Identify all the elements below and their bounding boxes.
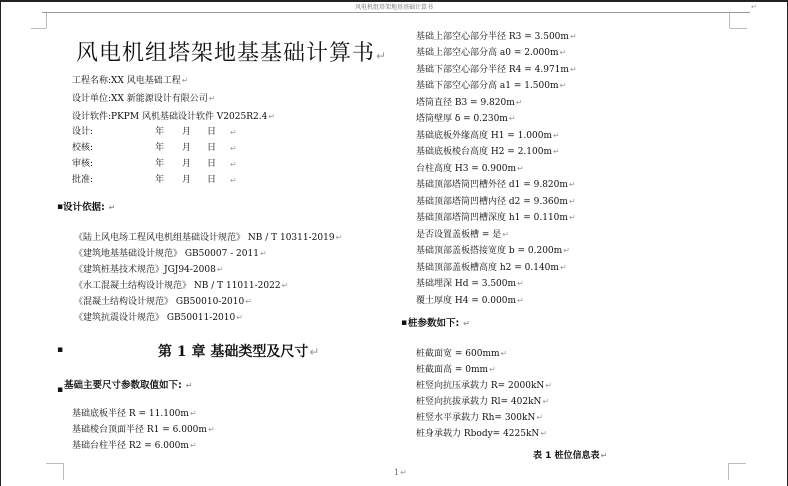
running-header: 风电机组塔架地基基础计算书 bbox=[0, 2, 788, 11]
paragraph-mark-icon: ↵ bbox=[230, 175, 237, 186]
chapter-heading[interactable]: 第 1 章 基础类型及尺寸↵ bbox=[158, 343, 319, 361]
dimension-item[interactable]: 基础上部空心部分高 a0 = 2.000m↵ bbox=[416, 47, 566, 59]
dimension-item[interactable]: 台柱高度 H3 = 0.900m↵ bbox=[416, 163, 524, 175]
dimension-item[interactable]: 基础顶部塔筒凹槽内径 d2 = 9.360m↵ bbox=[416, 196, 576, 208]
dimension-item[interactable]: 基础台柱半径 R2 = 6.000m↵ bbox=[72, 440, 197, 452]
pile-param-item[interactable]: 桩截面宽 = 600mm↵ bbox=[416, 348, 507, 360]
crop-mark-bottom-left bbox=[46, 463, 64, 480]
crop-mark-top-right bbox=[729, 13, 731, 28]
table-caption[interactable]: 表 1 桩位信息表↵ bbox=[533, 448, 607, 461]
software-info[interactable]: 设计软件:PKPM 风机基础设计软件 V2025R2.4↵ bbox=[72, 111, 275, 123]
standard-item[interactable]: 《水工混凝土结构设计规范》 NB / T 11011-2022↵ bbox=[74, 280, 288, 292]
bullet-icon: ▪ bbox=[401, 318, 407, 328]
paragraph-mark-icon: ↵ bbox=[182, 76, 189, 85]
dimensions-heading[interactable]: 基础主要尺寸参数取值如下: ↵ bbox=[64, 380, 192, 391]
bullet-icon: ▪ bbox=[57, 385, 63, 395]
design-basis-heading[interactable]: 设计依据: ↵ bbox=[63, 202, 115, 213]
pile-param-item[interactable]: 桩身承载力 Rbody= 4225kN↵ bbox=[416, 428, 547, 440]
header-rule bbox=[42, 12, 750, 13]
dimension-item[interactable]: 基础棱台顶面半径 R1 = 6.000m↵ bbox=[72, 424, 215, 436]
pile-param-item[interactable]: 桩竖水平承载力 Rh= 300kN↵ bbox=[416, 412, 543, 424]
paragraph-mark-icon: ↵ bbox=[751, 3, 757, 11]
page-number: 1↵ bbox=[394, 468, 407, 477]
standard-item[interactable]: 《建筑地基基础设计规范》 GB50007 - 2011↵ bbox=[74, 248, 267, 260]
standard-item[interactable]: 《建筑桩基技术规范》JGJ94-2008↵ bbox=[74, 264, 224, 276]
crop-mark-bottom-right bbox=[728, 463, 746, 480]
paragraph-mark-icon: ↵ bbox=[268, 112, 275, 121]
dimension-item[interactable]: 基础底板棱台高度 H2 = 2.100m↵ bbox=[416, 146, 560, 158]
crop-mark-top-right-h bbox=[730, 28, 747, 30]
paragraph-mark-icon: ↵ bbox=[230, 159, 237, 170]
dimension-item[interactable]: 基础顶部塔筒凹槽深度 h1 = 0.110m↵ bbox=[416, 212, 576, 224]
paragraph-mark-icon: ↵ bbox=[209, 94, 216, 103]
standard-item[interactable]: 《陆上风电场工程风电机组基础设计规范》 NB / T 10311-2019↵ bbox=[74, 232, 342, 244]
project-name[interactable]: 工程名称:XX 风电基础工程↵ bbox=[72, 75, 188, 87]
pile-param-item[interactable]: 桩竖向抗压承载力 R= 2000kN↵ bbox=[416, 380, 552, 392]
dimension-item[interactable]: 基础顶部盖板槽高度 h2 = 0.140m↵ bbox=[416, 262, 567, 274]
design-unit[interactable]: 设计单位:XX 新能源设计有限公司↵ bbox=[72, 93, 215, 105]
dimension-item[interactable]: 基础底板半径 R = 11.100m↵ bbox=[72, 408, 197, 420]
dimension-item[interactable]: 基础下部空心部分高 a1 = 1.500m↵ bbox=[416, 80, 566, 92]
dimension-item[interactable]: 基础顶部塔筒凹槽外径 d1 = 9.820m↵ bbox=[416, 179, 576, 191]
paragraph-mark-icon: ↵ bbox=[376, 49, 387, 63]
paragraph-mark-icon: ↵ bbox=[230, 127, 237, 138]
dimension-item[interactable]: 塔筒壁厚 δ = 0.230m↵ bbox=[416, 113, 516, 125]
pile-param-item[interactable]: 桩截面高 = 0mm↵ bbox=[416, 364, 496, 376]
dimension-item[interactable]: 塔筒直径 B3 = 9.820m↵ bbox=[416, 97, 522, 109]
dimension-item[interactable]: 基础顶部盖板搭接宽度 b = 0.200m↵ bbox=[416, 245, 570, 257]
paragraph-mark-icon: ↵ bbox=[230, 143, 237, 154]
standard-item[interactable]: 《混凝土结构设计规范》 GB50010-2010↵ bbox=[74, 296, 252, 308]
crop-mark-top-left bbox=[46, 13, 63, 28]
pile-heading[interactable]: 桩参数如下: ↵ bbox=[408, 318, 470, 329]
paragraph-mark-icon: ↵ bbox=[106, 203, 116, 212]
document-title[interactable]: 风电机组塔架地基基础计算书↵ bbox=[76, 40, 387, 70]
dimension-item[interactable]: 是否设置盖板槽 = 是↵ bbox=[416, 229, 509, 241]
dimension-item[interactable]: 覆土厚度 H4 = 0.000m↵ bbox=[416, 295, 524, 307]
bullet-icon: ▪ bbox=[57, 345, 63, 355]
dimension-item[interactable]: 基础上部空心部分半径 R3 = 3.500m↵ bbox=[416, 31, 577, 43]
crop-mark-top-left-h bbox=[31, 28, 46, 30]
dimension-item[interactable]: 基础底板外缘高度 H1 = 1.000m↵ bbox=[416, 130, 560, 142]
dimension-item[interactable]: 基础埋深 Hd = 3.500m↵ bbox=[416, 278, 524, 290]
dimension-item[interactable]: 基础下部空心部分半径 R4 = 4.971m↵ bbox=[416, 64, 577, 76]
paragraph-mark-icon: ↵ bbox=[309, 345, 319, 359]
standard-item[interactable]: 《建筑抗震设计规范》 GB50011-2010↵ bbox=[74, 312, 243, 324]
pile-param-item[interactable]: 桩竖向抗拔承载力 Rl= 402kN↵ bbox=[416, 396, 549, 408]
